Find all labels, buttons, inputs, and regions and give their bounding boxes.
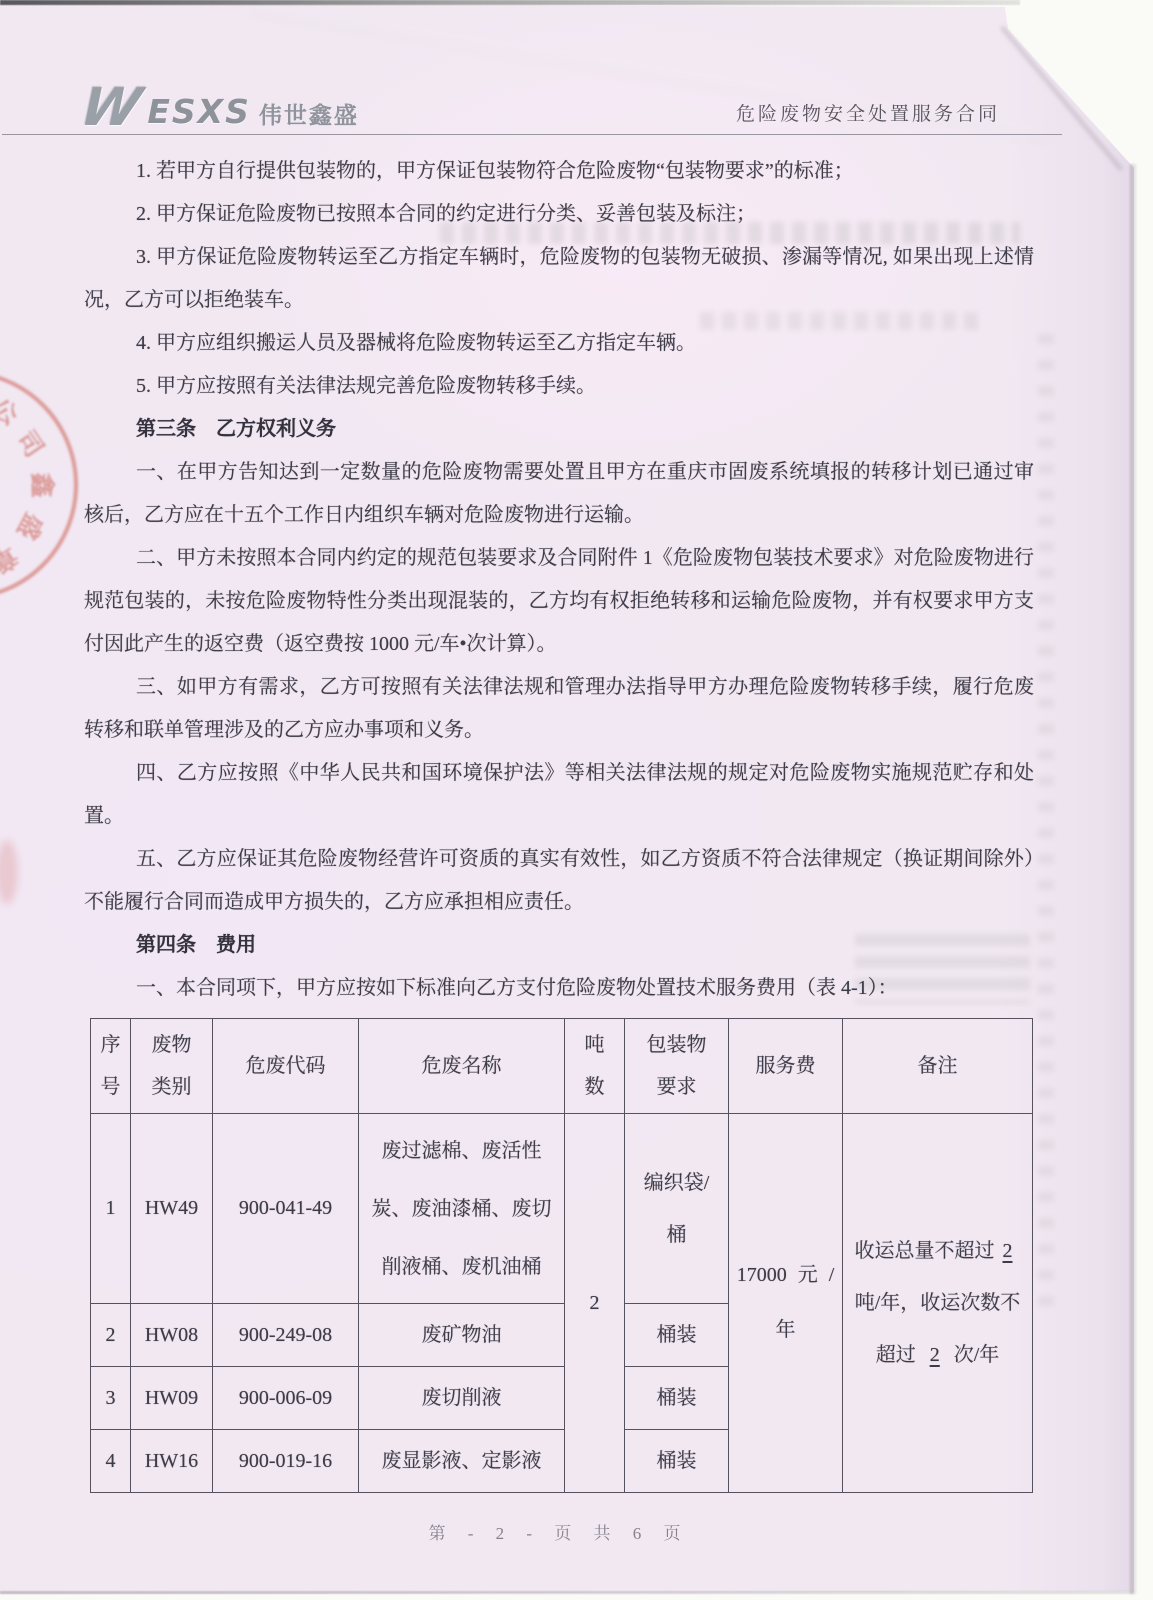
article-3-clause-3: 三、如甲方有需求，乙方可按照有关法律法规和管理办法指导甲方办理危险废物转移手续，… (84, 666, 1034, 752)
cell-category: HW16 (131, 1430, 213, 1493)
cell-seq: 2 (91, 1304, 131, 1367)
page-right-edge-shadow (1130, 164, 1137, 1594)
clause-item-1: 1. 若甲方自行提供包装物的，甲方保证包装物符合危险废物“包装物要求”的标准； (84, 150, 1034, 193)
article-3-clause-1: 一、在甲方告知达到一定数量的危险废物需要处置且甲方在重庆市固废系统填报的转移计划… (84, 451, 1034, 537)
cell-code: 900-019-16 (213, 1430, 359, 1493)
article-3-clause-2: 二、甲方未按照本合同内约定的规范包装要求及合同附件 1《危险废物包装技术要求》对… (84, 537, 1034, 666)
logo-w-swoosh-icon: W (77, 88, 144, 128)
document-title: 危险废物安全处置服务合同 (736, 99, 1000, 128)
header-rule: W ESXS 伟世鑫盛 危险废物安全处置服务合同 (2, 82, 1062, 135)
remark-text: 次/年 (954, 1344, 1000, 1366)
cell-name: 废显影液、定影液 (359, 1430, 565, 1493)
table-row: 1 HW49 900-041-49 废过滤棉、废活性炭、废油漆桶、废切削液桶、废… (91, 1114, 1033, 1304)
cell-name: 废切削液 (359, 1367, 565, 1430)
cell-seq: 4 (91, 1430, 131, 1493)
clause-item-3: 3. 甲方保证危险废物转运至乙方指定车辆时，危险废物的包装物无破损、渗漏等情况,… (84, 236, 1034, 322)
cell-name: 废矿物油 (359, 1304, 565, 1367)
cell-seq: 3 (91, 1367, 131, 1430)
cell-code: 900-006-09 (213, 1367, 359, 1430)
scanner-edge-artifact (0, 0, 1020, 5)
cell-category: HW49 (131, 1114, 213, 1304)
cell-packaging: 编织袋/ 桶 (625, 1114, 729, 1304)
cell-name: 废过滤棉、废活性炭、废油漆桶、废切削液桶、废机油桶 (359, 1114, 565, 1304)
scanned-paper: W ESXS 伟世鑫盛 危险废物安全处置服务合同 1. 若甲方自行提供包装物的，… (0, 4, 1134, 1596)
article-3-clause-5: 五、乙方应保证其危险废物经营许可资质的真实有效性，如乙方资质不符合法律规定（换证… (84, 838, 1034, 924)
col-header-code: 危废代码 (213, 1019, 359, 1114)
col-header-category: 废物 类别 (131, 1019, 213, 1114)
page-header: W ESXS 伟世鑫盛 危险废物安全处置服务合同 (0, 4, 1134, 135)
article-4-heading: 第四条 费用 (84, 924, 1034, 967)
fee-table: 序 号 废物 类别 危废代码 危废名称 吨 数 包装物 要求 服务费 备注 1 … (90, 1018, 1033, 1493)
fee-table-header-row: 序 号 废物 类别 危废代码 危废名称 吨 数 包装物 要求 服务费 备注 (91, 1019, 1033, 1114)
cell-code: 900-041-49 (213, 1114, 359, 1304)
clause-item-4: 4. 甲方应组织搬运人员及器械将危险废物转运至乙方指定车辆。 (84, 322, 1034, 365)
cell-seq: 1 (91, 1114, 131, 1304)
cell-category: HW09 (131, 1367, 213, 1430)
cell-tonnage-merged: 2 (565, 1114, 625, 1493)
logo-chinese-text: 伟世鑫盛 (259, 103, 359, 128)
col-header-tonnage: 吨 数 (565, 1019, 625, 1114)
col-header-name: 危废名称 (359, 1019, 565, 1114)
col-header-fee: 服务费 (729, 1019, 843, 1114)
company-logo: W ESXS 伟世鑫盛 (82, 88, 359, 128)
cell-packaging: 桶装 (625, 1367, 729, 1430)
cell-packaging: 桶装 (625, 1430, 729, 1493)
col-header-remark: 备注 (843, 1019, 1033, 1114)
col-header-seq: 序 号 (91, 1019, 131, 1114)
article-4-clause-1: 一、本合同项下，甲方应按如下标准向乙方支付危险废物处置技术服务费用（表 4-1）… (84, 967, 1034, 1010)
remark-underlined-value: 2 (995, 1240, 1021, 1262)
clause-item-5: 5. 甲方应按照有关法律法规完善危险废物转移手续。 (84, 365, 1034, 408)
page-bottom-edge (0, 1591, 1134, 1594)
clause-item-2: 2. 甲方保证危险废物已按照本合同的约定进行分类、妥善包装及标注； (84, 193, 1034, 236)
remark-text: 收运总量不超过 (855, 1240, 995, 1262)
cell-remark-merged: 收运总量不超过2吨/年，收运次数不超过2次/年 (843, 1114, 1033, 1493)
cell-category: HW08 (131, 1304, 213, 1367)
page-number-footer: 第 - 2 - 页 共 6 页 (84, 1519, 1034, 1544)
remark-underlined-value: 2 (916, 1344, 954, 1366)
cell-code: 900-249-08 (213, 1304, 359, 1367)
cell-fee-merged: 17000 元 / 年 (729, 1114, 843, 1493)
col-header-packaging: 包装物 要求 (625, 1019, 729, 1114)
article-3-clause-4: 四、乙方应按照《中华人民共和国环境保护法》等相关法律法规的规定对危险废物实施规范… (84, 752, 1034, 838)
cell-packaging: 桶装 (625, 1304, 729, 1367)
article-3-heading: 第三条 乙方权利义务 (84, 408, 1034, 451)
logo-latin-text: ESXS (147, 95, 251, 128)
document-body: 1. 若甲方自行提供包装物的，甲方保证包装物符合危险废物“包装物要求”的标准； … (0, 134, 1134, 1544)
